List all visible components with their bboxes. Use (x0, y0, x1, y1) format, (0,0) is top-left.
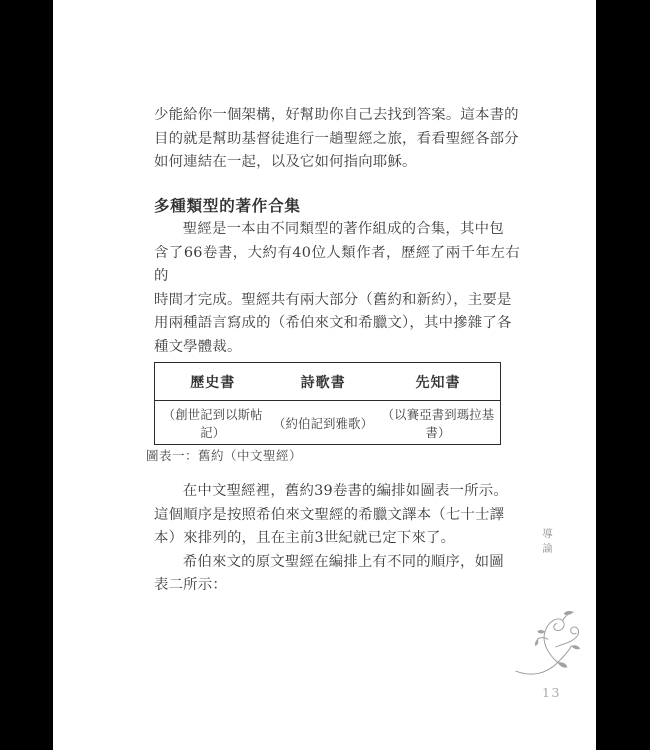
page-number: 13 (542, 686, 561, 700)
table-cell: （創世記到以斯帖記） (155, 401, 271, 445)
body-text-block: 在中文聖經裡，舊約39卷書的編排如圖表一所示。 這個順序是按照希伯來文聖經的希臘… (154, 480, 520, 598)
section-heading: 多種類型的著作合集 (154, 195, 301, 217)
table-cell: （約伯記到雅歌） (270, 401, 376, 445)
left-scan-gutter (0, 0, 53, 750)
table-row: （創世記到以斯帖記） （約伯記到雅歌） （以賽亞書到瑪拉基書） (155, 401, 501, 445)
floral-flourish-icon (514, 611, 582, 679)
old-testament-table: 歷史書 詩歌書 先知書 （創世記到以斯帖記） （約伯記到雅歌） （以賽亞書到瑪拉… (154, 362, 501, 445)
figure-caption: 圖表一：舊約（中文聖經） (146, 447, 302, 465)
table-header-cell: 詩歌書 (270, 363, 376, 401)
body-paragraph-1: 少能給你一個架構，好幫助你自己去找到答案。這本書的 目的就是幫助基督徒進行一趟聖… (154, 104, 520, 175)
book-page: 少能給你一個架構，好幫助你自己去找到答案。這本書的 目的就是幫助基督徒進行一趟聖… (0, 0, 650, 750)
table-header-cell: 先知書 (376, 363, 501, 401)
margin-chapter-label: 導論 (540, 528, 555, 557)
body-paragraph-4: 希伯來文的原文聖經在編排上有不同的順序，如圖 表二所示： (154, 551, 520, 598)
figure-table: 歷史書 詩歌書 先知書 （創世記到以斯帖記） （約伯記到雅歌） （以賽亞書到瑪拉… (154, 362, 501, 445)
table-cell: （以賽亞書到瑪拉基書） (376, 401, 501, 445)
body-paragraph-2: 聖經是一本由不同類型的著作組成的合集，其中包 含了66卷書，大約有40位人類作者… (154, 218, 520, 360)
table-header-row: 歷史書 詩歌書 先知書 (155, 363, 501, 401)
table-header-cell: 歷史書 (155, 363, 271, 401)
right-scan-gutter (596, 0, 650, 750)
body-paragraph-3: 在中文聖經裡，舊約39卷書的編排如圖表一所示。 這個順序是按照希伯來文聖經的希臘… (154, 480, 520, 551)
